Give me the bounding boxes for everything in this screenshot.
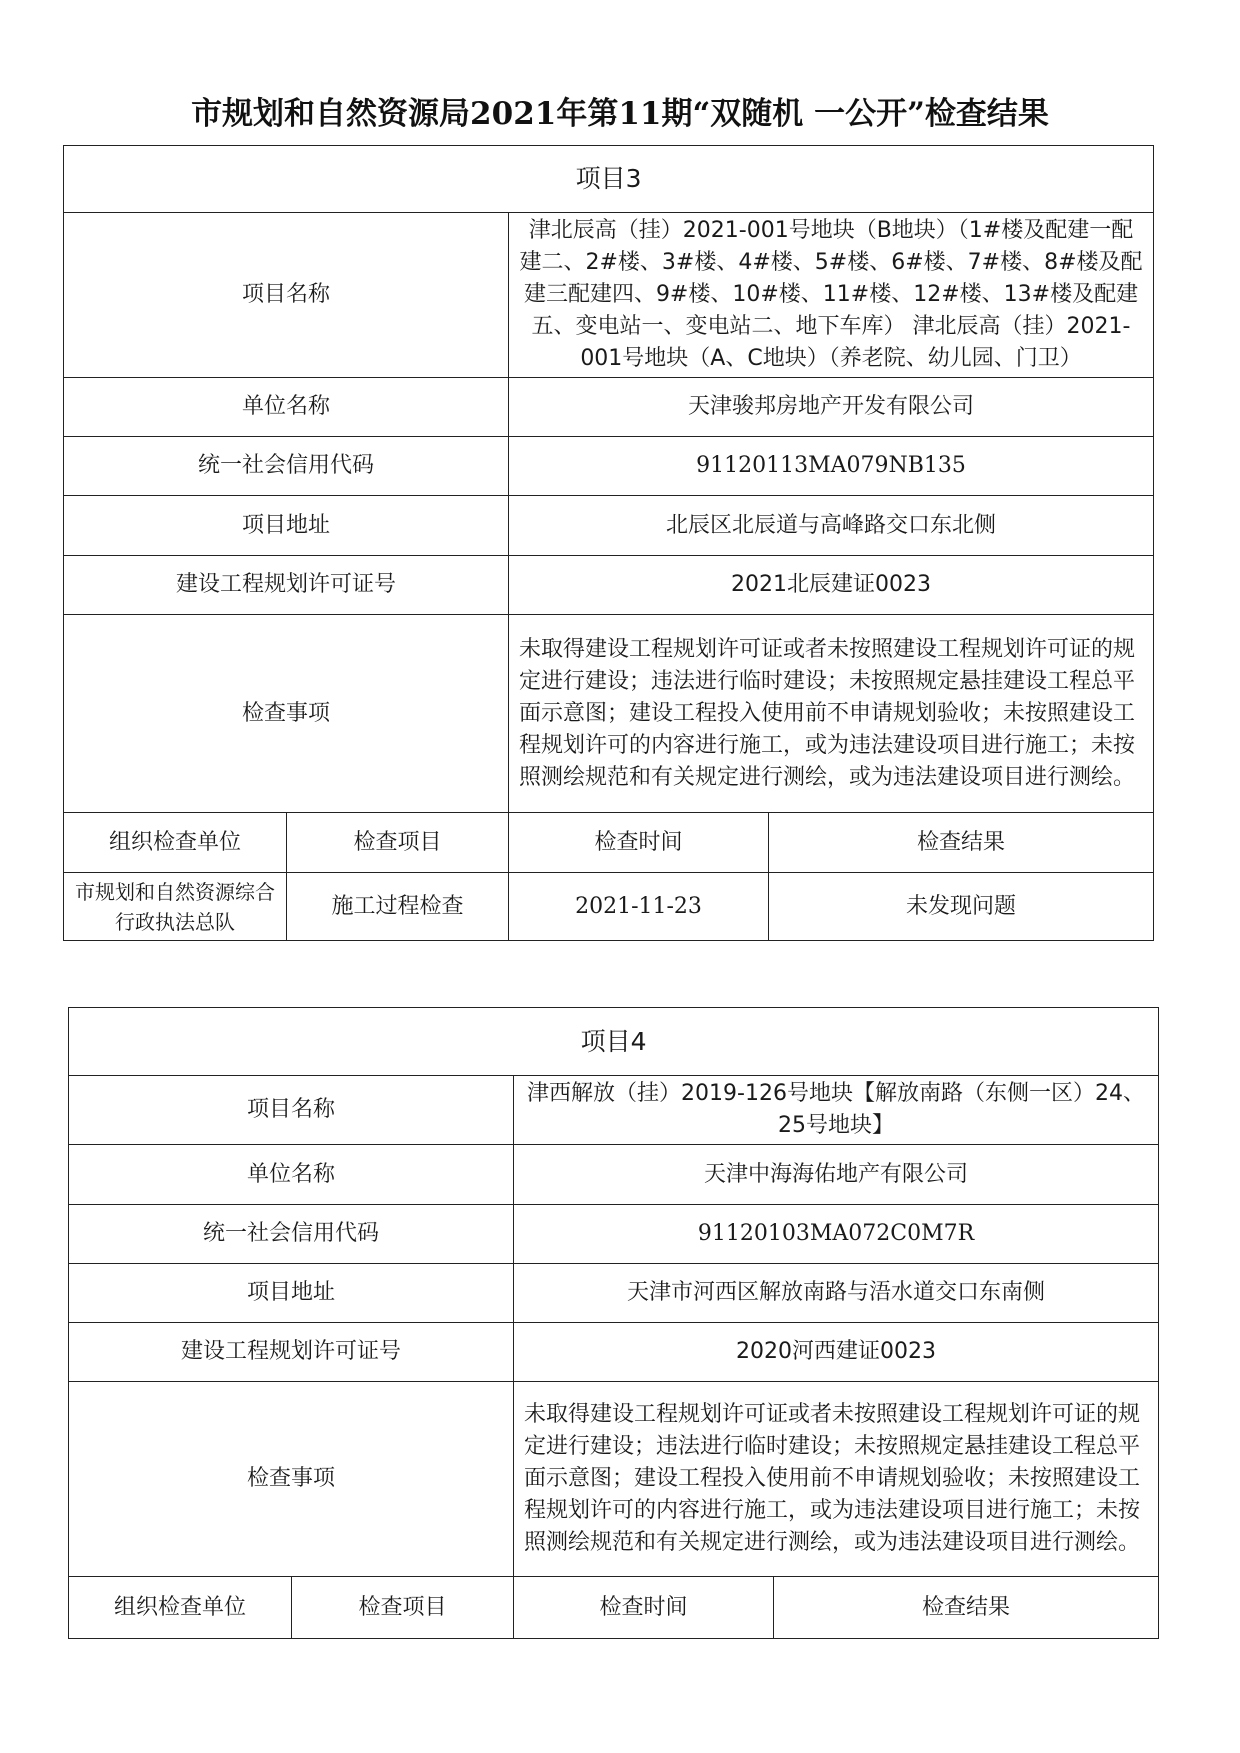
credit-code-value: 91120113MA079NB135 xyxy=(509,437,1154,496)
permit-no-label: 建设工程规划许可证号 xyxy=(69,1323,514,1382)
address-value: 天津市河西区解放南路与浯水道交口东南侧 xyxy=(514,1264,1159,1323)
address-label: 项目地址 xyxy=(64,496,509,556)
permit-no-value: 2020河西建证0023 xyxy=(514,1323,1159,1382)
unit-name-label: 单位名称 xyxy=(69,1145,514,1205)
check-item-header: 检查项目 xyxy=(287,813,509,873)
result-row: 市规划和自然资源综合行政执法总队 施工过程检查 2021-11-23 未发现问题 xyxy=(64,873,1154,941)
result-check-result: 未发现问题 xyxy=(769,873,1154,941)
check-result-header: 检查结果 xyxy=(774,1577,1159,1639)
org-unit-header: 组织检查单位 xyxy=(69,1577,292,1639)
credit-code-label: 统一社会信用代码 xyxy=(64,437,509,496)
credit-code-label: 统一社会信用代码 xyxy=(69,1205,514,1264)
page-title: 市规划和自然资源局2021年第11期“双随机 一公开”检查结果 xyxy=(0,88,1240,133)
unit-name-value: 天津骏邦房地产开发有限公司 xyxy=(509,378,1154,437)
project-4-table: 项目4 项目名称 津西解放（挂）2019-126号地块【解放南路（东侧一区）24… xyxy=(68,1007,1159,1639)
unit-name-label: 单位名称 xyxy=(64,378,509,437)
inspection-items-label: 检查事项 xyxy=(64,615,509,813)
result-check-item: 施工过程检查 xyxy=(287,873,509,941)
inspection-items-label: 检查事项 xyxy=(69,1382,514,1577)
result-check-time: 2021-11-23 xyxy=(509,873,769,941)
result-org-unit: 市规划和自然资源综合行政执法总队 xyxy=(64,873,287,941)
check-time-header: 检查时间 xyxy=(509,813,769,873)
permit-no-value: 2021北辰建证0023 xyxy=(509,556,1154,615)
project-name-value: 津北辰高（挂）2021-001号地块（B地块）（1#楼及配建一配建二、2#楼、3… xyxy=(509,213,1154,378)
inspection-items-value: 未取得建设工程规划许可证或者未按照建设工程规划许可证的规定进行建设；违法进行临时… xyxy=(514,1382,1159,1577)
project-3-table: 项目3 项目名称 津北辰高（挂）2021-001号地块（B地块）（1#楼及配建一… xyxy=(63,145,1154,941)
project-name-label: 项目名称 xyxy=(64,213,509,378)
check-time-header: 检查时间 xyxy=(514,1577,774,1639)
permit-no-label: 建设工程规划许可证号 xyxy=(64,556,509,615)
check-result-header: 检查结果 xyxy=(769,813,1154,873)
project-heading: 项目3 xyxy=(64,146,1154,213)
project-name-label: 项目名称 xyxy=(69,1076,514,1145)
credit-code-value: 91120103MA072C0M7R xyxy=(514,1205,1159,1264)
project-name-value: 津西解放（挂）2019-126号地块【解放南路（东侧一区）24、25号地块】 xyxy=(514,1076,1159,1145)
check-item-header: 检查项目 xyxy=(292,1577,514,1639)
project-heading: 项目4 xyxy=(69,1008,1159,1076)
inspection-items-value: 未取得建设工程规划许可证或者未按照建设工程规划许可证的规定进行建设；违法进行临时… xyxy=(509,615,1154,813)
org-unit-header: 组织检查单位 xyxy=(64,813,287,873)
address-value: 北辰区北辰道与高峰路交口东北侧 xyxy=(509,496,1154,556)
unit-name-value: 天津中海海佑地产有限公司 xyxy=(514,1145,1159,1205)
address-label: 项目地址 xyxy=(69,1264,514,1323)
